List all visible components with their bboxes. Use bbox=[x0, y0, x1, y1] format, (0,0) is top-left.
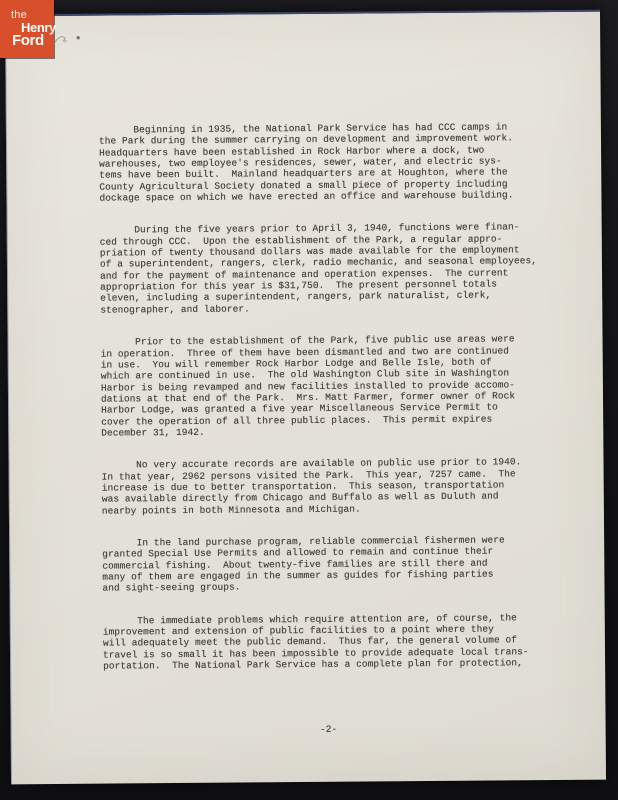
pencil-annotation-mark bbox=[52, 30, 86, 48]
henry-ford-logo: the Henry Ford bbox=[0, 0, 54, 58]
paragraph-public-use-areas: Prior to the establishment of the Park, … bbox=[101, 333, 552, 439]
paragraph-ccc-camps: Beginning in 1935, the National Park Ser… bbox=[99, 121, 550, 204]
paragraph-immediate-problems: The immediate problems which require att… bbox=[103, 612, 553, 672]
page-number: -2- bbox=[104, 722, 554, 737]
photo-backdrop: Beginning in 1935, the National Park Ser… bbox=[0, 0, 618, 800]
logo-word-ford: Ford bbox=[12, 32, 44, 49]
document-page: Beginning in 1935, the National Park Ser… bbox=[5, 10, 606, 785]
typed-text-block: Beginning in 1935, the National Park Ser… bbox=[99, 121, 554, 737]
paragraph-land-purchase: In the land purchase program, reliable c… bbox=[102, 534, 552, 594]
paragraph-financing: During the five years prior to April 3, … bbox=[100, 221, 551, 315]
paragraph-visitor-records: No very accurate records are available o… bbox=[101, 456, 551, 516]
